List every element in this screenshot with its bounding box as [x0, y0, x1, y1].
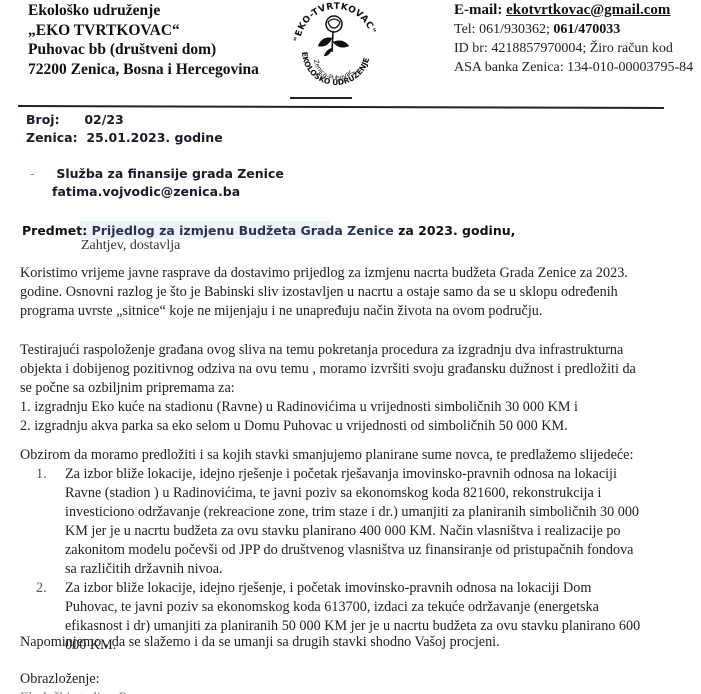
letter-page: Ekološko udruženje „EKO TVRTKOVAC“ Puhov… [0, 0, 701, 694]
text-line-cut: Ekološki stadion Ravne: [20, 689, 700, 694]
header-divider [18, 105, 664, 109]
email-label: E-mail: [454, 2, 502, 18]
phone-1: 061/930362; [479, 22, 550, 37]
org-type: Ekološko udruženje [28, 1, 259, 21]
document-meta: Broj: 02/23 Zenica: 25.01.2023. godine [26, 111, 223, 147]
contact-info: E-mail: ekotvrtkovac@gmail.com Tel: 061/… [454, 1, 693, 77]
text-line: se počne sa ozbiljnim pripremama za: [20, 379, 700, 398]
org-city: 72200 Zenica, Bosna i Hercegovina [28, 60, 259, 80]
list-item: 2. izgradnju akva parka sa eko selom u D… [20, 417, 700, 436]
paragraph-proposal: Testirajući raspoloženje građana ovog sl… [20, 341, 700, 436]
text-line: KM jer je u nacrtu budžeta za ovu stavku… [65, 522, 700, 541]
subject-title-end: za 2023. godinu, [398, 223, 515, 238]
text-line: zakonitom modelu počevši od JPP do društ… [65, 541, 700, 560]
document-date: 25.01.2023. godine [86, 130, 222, 145]
phone-2: 061/470033 [553, 22, 620, 37]
list-item: 1. Za izbor bliže lokacije, idejno rješe… [20, 465, 700, 579]
email-line: E-mail: ekotvrtkovac@gmail.com [454, 1, 693, 20]
recipient-block: - Služba za finansije grada Zenice fatim… [30, 165, 284, 201]
recipient-name: Služba za finansije grada Zenice [56, 166, 284, 181]
text-line: Koristimo vrijeme javne rasprave da dost… [20, 264, 700, 283]
bank-line: ASA banka Zenica: 134-010-00003795-84 [454, 58, 693, 77]
text-line: Za izbor bliže lokacije, idejno rješenje… [65, 579, 700, 598]
list-item: 1. izgradnju Eko kuće na stadionu (Ravne… [20, 398, 700, 417]
text-line: Testirajući raspoloženje građana ovog sl… [20, 341, 700, 360]
phone-line: Tel: 061/930362; 061/470033 [454, 20, 693, 39]
text-line: Za izbor bliže lokacije, idejno rješenje… [65, 465, 700, 484]
text-line: godine. Osnovni razlog je što je Babinsk… [20, 283, 700, 302]
reductions-list: 1. Za izbor bliže lokacije, idejno rješe… [20, 465, 700, 655]
paragraph-intro: Koristimo vrijeme javne rasprave da dost… [20, 264, 700, 321]
tel-label: Tel: [454, 22, 476, 37]
subject-subtitle: Zahtjev, dostavlja [81, 238, 180, 254]
text-line: sa različitih državnih nivoa. [65, 560, 700, 579]
subject-line: Predmet: Prijedlog za izmjenu Budžeta Gr… [22, 222, 515, 239]
text-line: Napominjemo , da se slažemo i da se uman… [20, 633, 700, 652]
id-line: ID br: 4218857970004; Žiro račun kod [454, 39, 693, 58]
place-label: Zenica: [26, 129, 82, 147]
paragraph-reductions: Obzirom da moramo predložiti i sa kojih … [20, 446, 700, 655]
text-line: Ravne (stadion ) u Radinovićima, te javn… [65, 484, 700, 503]
document-number: 02/23 [84, 112, 123, 127]
subject-title: Prijedlog za izmjenu Budžeta Grada Zenic… [92, 223, 394, 238]
org-street: Puhovac bb (društveni dom) [28, 40, 259, 60]
rose-stamp-icon: "EKO-TVRTKOVAC" EKOLOŠKO UDRUŽENJE Zenic… [286, 0, 384, 88]
list-number: 1. [20, 465, 65, 579]
text-line: programa uvrste „sitnice“ koje ne mijenj… [20, 302, 700, 321]
org-name: „EKO TVRTKOVAC“ [28, 21, 259, 41]
recipient-email[interactable]: fatima.vojvodic@zenica.ba [30, 183, 284, 201]
text-line: Puhovac, te javni poziv sa ekonomskog ko… [65, 598, 700, 617]
explanation-heading: Obrazloženje: [20, 670, 700, 689]
bullet-dash: - [30, 165, 52, 183]
text-line: investiciono održavanje (rekreacione zon… [65, 503, 700, 522]
text-line: Obzirom da moramo predložiti i sa kojih … [20, 446, 700, 465]
logo-underline [290, 97, 352, 99]
paragraph-explanation: Obrazloženje: Ekološki stadion Ravne: [20, 670, 700, 694]
number-label: Broj: [26, 111, 80, 129]
paragraph-note: Napominjemo , da se slažemo i da se uman… [20, 633, 700, 652]
organization-address: Ekološko udruženje „EKO TVRTKOVAC“ Puhov… [28, 1, 259, 79]
text-line: objekta i dobijenog pozitivnog odziva na… [20, 360, 700, 379]
subject-label: Predmet: [22, 223, 87, 238]
org-email-link[interactable]: ekotvrtkovac@gmail.com [506, 2, 670, 18]
